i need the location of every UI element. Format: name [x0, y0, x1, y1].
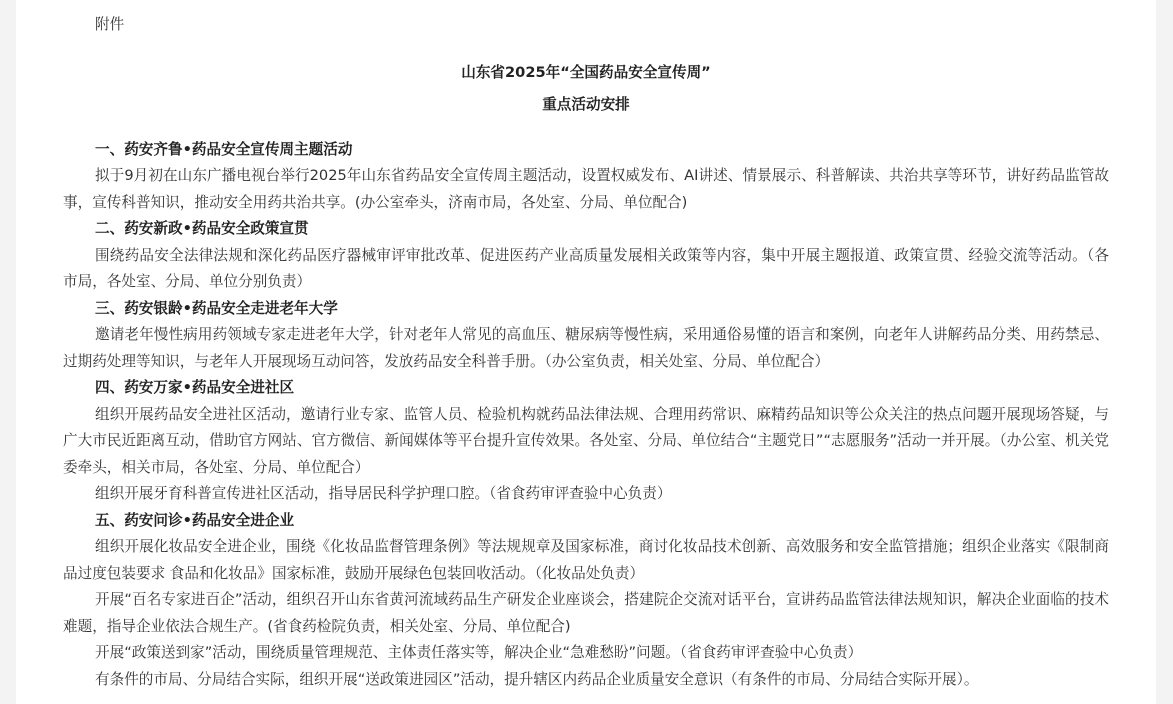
section-2: 二、药安新政•药品安全政策宣贯 围绕药品安全法律法规和深化药品医疗器械审评审批改… [63, 216, 1109, 296]
section-1: 一、药安齐鲁•药品安全宣传周主题活动 拟于9月初在山东广播电视台举行2025年山… [63, 137, 1109, 217]
attachment-label: 附件 [63, 12, 1109, 39]
section-5: 五、药安问诊•药品安全进企业 组织开展化妆品安全进企业，围绕《化妆品监督管理条例… [63, 508, 1109, 694]
section-paragraph: 组织开展药品安全进社区活动，邀请行业专家、监管人员、检验机构就药品法律法规、合理… [63, 402, 1109, 482]
spacer [63, 121, 1109, 137]
title-line-2: 重点活动安排 [63, 89, 1109, 121]
section-paragraph: 拟于9月初在山东广播电视台举行2025年山东省药品安全宣传周主题活动，设置权威发… [63, 163, 1109, 216]
document-title: 山东省2025年“全国药品安全宣传周” 重点活动安排 [63, 57, 1109, 121]
section-paragraph: 邀请老年慢性病用药领域专家走进老年大学，针对老年人常见的高血压、糖尿病等慢性病，… [63, 322, 1109, 375]
title-line-1: 山东省2025年“全国药品安全宣传周” [63, 57, 1109, 89]
section-paragraph: 组织开展牙育科普宣传进社区活动，指导居民科学护理口腔。（省食药审评查验中心负责） [63, 481, 1109, 508]
section-paragraph: 有条件的市局、分局结合实际，组织开展“送政策进园区”活动，提升辖区内药品企业质量… [63, 667, 1109, 694]
section-paragraph: 开展“百名专家进百企”活动，组织召开山东省黄河流域药品生产研发企业座谈会，搭建院… [63, 587, 1109, 640]
section-heading: 三、药安银龄•药品安全走进老年大学 [63, 296, 1109, 323]
section-paragraph: 组织开展化妆品安全进企业，围绕《化妆品监督管理条例》等法规规章及国家标准，商讨化… [63, 534, 1109, 587]
section-heading: 四、药安万家•药品安全进社区 [63, 375, 1109, 402]
section-3: 三、药安银龄•药品安全走进老年大学 邀请老年慢性病用药领域专家走进老年大学，针对… [63, 296, 1109, 376]
document-page: 附件 山东省2025年“全国药品安全宣传周” 重点活动安排 一、药安齐鲁•药品安… [16, 0, 1156, 704]
document-body: 附件 山东省2025年“全国药品安全宣传周” 重点活动安排 一、药安齐鲁•药品安… [63, 12, 1109, 693]
section-heading: 五、药安问诊•药品安全进企业 [63, 508, 1109, 535]
section-heading: 二、药安新政•药品安全政策宣贯 [63, 216, 1109, 243]
section-heading: 一、药安齐鲁•药品安全宣传周主题活动 [63, 137, 1109, 164]
section-paragraph: 开展“政策送到家”活动，围绕质量管理规范、主体责任落实等，解决企业“急难愁盼”问… [63, 640, 1109, 667]
section-paragraph: 围绕药品安全法律法规和深化药品医疗器械审评审批改革、促进医药产业高质量发展相关政… [63, 243, 1109, 296]
section-4: 四、药安万家•药品安全进社区 组织开展药品安全进社区活动，邀请行业专家、监管人员… [63, 375, 1109, 508]
